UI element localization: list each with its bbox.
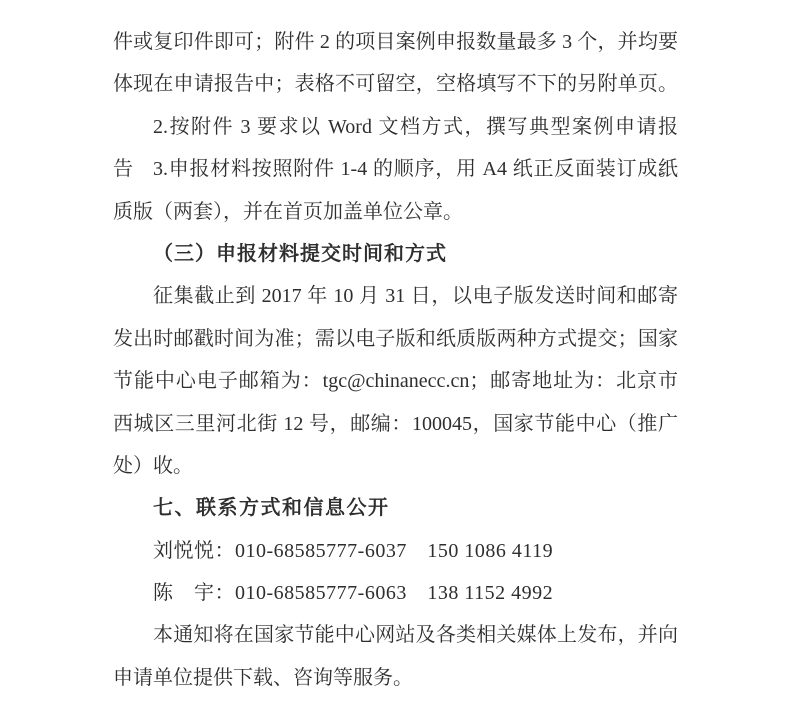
contact-line-liu: 刘悦悦：010-68585777-6037 150 1086 4119 — [113, 530, 678, 572]
text-line: 体现在申请报告中；表格不可留空，空格填写不下的另附单页。 — [113, 63, 678, 105]
text-line: 征集截止到 2017 年 10 月 31 日，以电子版发送时间和邮寄 — [113, 275, 678, 317]
document-page: 件或复印件即可；附件 2 的项目案例申报数量最多 3 个，并均要 体现在申请报告… — [113, 0, 678, 699]
text-line-address: 西城区三里河北街 12 号，邮编：100045，国家节能中心（推广 — [113, 403, 678, 445]
contact-line-chen: 陈 宇：010-68585777-6063 138 1152 4992 — [113, 572, 678, 614]
text-line: 本通知将在国家节能中心网站及各类相关媒体上发布，并向 — [113, 614, 678, 656]
subsection-heading: （三）申报材料提交时间和方式 — [113, 233, 678, 275]
text-line: 发出时邮戳时间为准；需以电子版和纸质版两种方式提交；国家 — [113, 318, 678, 360]
text-line: 申请单位提供下载、咨询等服务。 — [113, 657, 678, 699]
text-line: 件或复印件即可；附件 2 的项目案例申报数量最多 3 个，并均要 — [113, 21, 678, 63]
text-line-email: 节能中心电子邮箱为：tgc@chinanecc.cn；邮寄地址为：北京市 — [113, 360, 678, 402]
text-line: 质版（两套），并在首页加盖单位公章。 — [113, 191, 678, 233]
text-line-item-3: 3.申报材料按照附件 1-4 的顺序，用 A4 纸正反面装订成纸 — [113, 148, 678, 190]
text-line-item-2: 2.按附件 3 要求以 Word 文档方式，撰写典型案例申请报告。 — [113, 106, 678, 148]
section-heading: 七、联系方式和信息公开 — [113, 487, 678, 529]
text-line: 处）收。 — [113, 445, 678, 487]
